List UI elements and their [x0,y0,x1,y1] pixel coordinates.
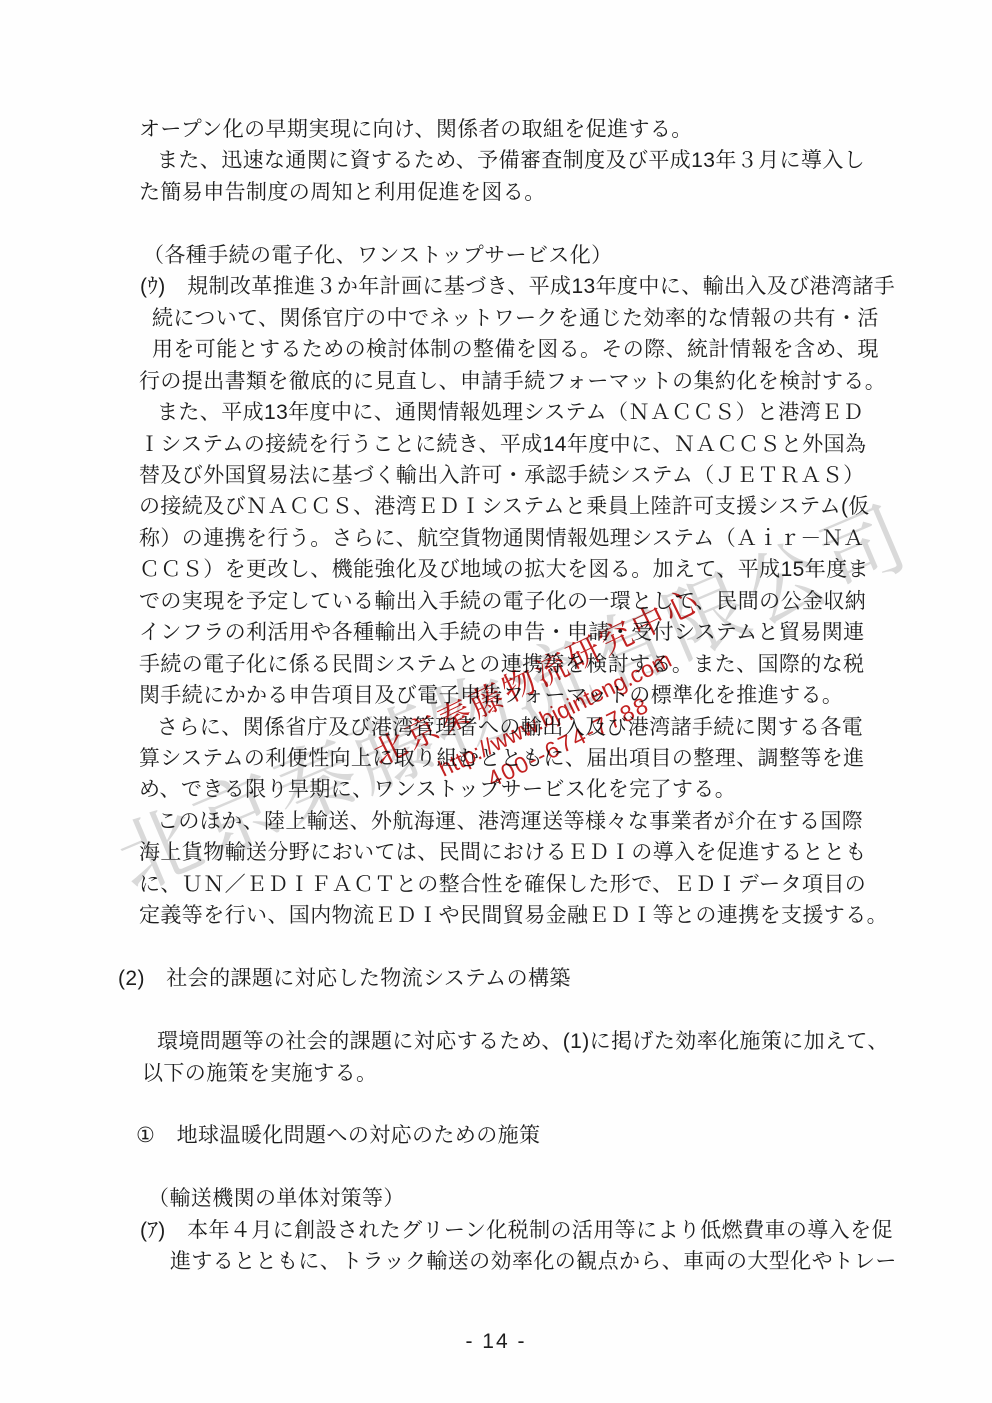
text-line: での実現を予定している輸出入手続の電子化の一環として、民間の公金収納 [139,586,866,617]
text-line: め、できる限り早期に、ワンストップサービス化を完了する。 [139,774,736,805]
text-line: 称）の連携を行う。さらに、航空貨物通関情報処理システム（Ａｉｒ－ＮＡ [139,523,865,554]
text-line: 以下の施策を実施する。 [142,1058,377,1089]
text-line: 行の提出書類を徹底的に見直し、申請手続フォーマットの集約化を検討する。 [139,366,886,397]
text-line: 環境問題等の社会的課題に対応するため、(1)に掲げた効率化施策に加えて、 [157,1026,889,1057]
text-line: 用を可能とするための検討体制の整備を図る。その際、統計情報を含め、現 [152,334,879,365]
text-line: インフラの利活用や各種輸出入手続の申告・申請・受付システムと貿易関連 [139,617,865,648]
page-number: - 14 - [0,1330,992,1354]
text-line: (ｱ) 本年４月に創設されたグリーン化税制の活用等により低燃費車の導入を促 [140,1215,893,1246]
text-line: ① 地球温暖化問題への対応のための施策 [136,1120,540,1151]
text-line: オープン化の早期実現に向け、関係者の取組を促進する。 [139,114,693,145]
text-line: 算システムの利便性向上に取り組むとともに、届出項目の整理、調整等を進 [139,743,865,774]
text-line: また、迅速な通関に資するため、予備審査制度及び平成13年３月に導入し [157,145,865,176]
text-line: (2) 社会的課題に対応した物流システムの構築 [118,963,571,994]
text-line: た簡易申告制度の周知と利用促進を図る。 [139,177,546,208]
text-line: に、ＵＮ／ＥＤＩＦＡＣＴとの整合性を確保した形で、ＥＤＩデータ項目の [139,869,866,900]
text-line: 関手続にかかる申告項目及び電子申告フォーマットの標準化を推進する。 [139,680,843,711]
document-body: オープン化の早期実現に向け、関係者の取組を促進する。また、迅速な通関に資するため… [0,0,992,1403]
text-line: 定義等を行い、国内物流ＥＤＩや民間貿易金融ＥＤＩ等との連携を支援する。 [139,900,888,931]
text-line: Ｉシステムの接続を行うことに続き、平成14年度中に、ＮＡＣＣＳと外国為 [139,429,866,460]
document-page: 北京秦藤物流有限公司 オープン化の早期実現に向け、関係者の取組を促進する。また、… [0,0,992,1403]
text-line: このほか、陸上輸送、外航海運、港湾運送等様々な事業者が介在する国際 [157,806,863,837]
text-line: さらに、関係省庁及び港湾管理者への輸出入及び港湾諸手続に関する各電 [157,712,863,743]
text-line: また、平成13年度中に、通関情報処理システム（ＮＡＣＣＳ）と港湾ＥＤ [157,397,864,428]
text-line: 手続の電子化に係る民間システムとの連携等を検討する。また、国際的な税 [139,649,865,680]
text-line: 続について、関係官庁の中でネットワークを通じた効率的な情報の共有・活 [152,303,879,334]
text-line: 進するとともに、トラック輸送の効率化の観点から、車両の大型化やトレー [170,1246,897,1277]
text-line: （各種手続の電子化、ワンストップサービス化） [143,240,613,271]
text-line: (ｳ) 規制改革推進３か年計画に基づき、平成13年度中に、輸出入及び港湾諸手 [140,271,895,302]
text-line: 替及び外国貿易法に基づく輸出入許可・承認手続システム（ＪＥＴＲＡＳ） [139,460,865,491]
text-line: の接続及びＮＡＣＣＳ、港湾ＥＤＩシステムと乗員上陸許可支援システム(仮 [139,491,870,522]
text-line: 海上貨物輸送分野においては、民間におけるＥＤＩの導入を促進するととも [139,837,867,868]
text-line: ＣＣＳ）を更改し、機能強化及び地域の拡大を図る。加えて、平成15年度ま [139,554,869,585]
text-line: （輸送機関の単体対策等） [148,1183,405,1214]
